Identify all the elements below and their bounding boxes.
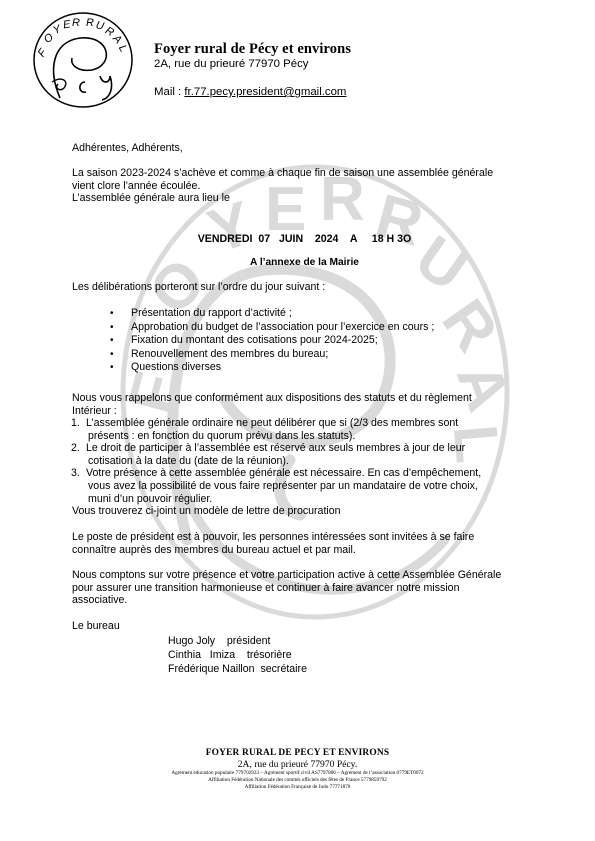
bullet-icon: •	[110, 348, 114, 362]
board-member: Hugo Joly président	[168, 634, 307, 648]
svg-text:Y: Y	[51, 23, 63, 37]
svg-text:R: R	[72, 17, 80, 29]
bullet-icon: •	[110, 321, 114, 335]
svg-text:R: R	[86, 17, 94, 29]
footer-affiliation: Affiliation Fédération Nationale des com…	[0, 777, 595, 784]
agenda-intro: Les délibérations porteront sur l’ordre …	[72, 281, 325, 294]
svg-text:E: E	[62, 18, 72, 31]
organization-address: 2A, rue du prieuré 77970 Pécy	[154, 58, 309, 70]
footer: FOYER RURAL DE PECY ET ENVIRONS 2A, rue …	[0, 748, 595, 791]
intro-line: vient clore l’année écoulée.	[72, 180, 572, 193]
president-notice: Le poste de président est à pouvoir, les…	[72, 531, 562, 556]
footer-address: 2A, rue du prieuré 77970 Pécy.	[0, 759, 595, 770]
footer-affiliation: Affiliation Fédération Française de Judo…	[0, 784, 595, 791]
svg-text:L: L	[116, 43, 129, 54]
agenda-item: •Approbation du budget de l’association …	[110, 321, 434, 335]
signoff: Le bureau	[72, 620, 120, 633]
organization-mail: Mail : fr.77.pecy.president@gmail.com	[154, 86, 346, 98]
intro-paragraph: La saison 2023-2024 s’achève et comme à …	[72, 167, 572, 205]
event-date: VENDREDI 07 JUIN 2024 A 18 H 3O	[0, 233, 595, 245]
board-members: Hugo Joly président Cinthia Imiza trésor…	[168, 634, 307, 676]
board-member: Frédérique Naillon secrétaire	[168, 662, 307, 676]
bullet-icon: •	[110, 307, 114, 321]
rule-item: 2. Le droit de participer à l’assemblée …	[72, 442, 562, 467]
svg-text:U: U	[94, 19, 105, 33]
footer-accreditation: Agrément éducation populaire 779702933 –…	[0, 770, 595, 777]
svg-text:F: F	[36, 46, 50, 59]
agenda-list: •Présentation du rapport d’activité ; •A…	[110, 307, 434, 375]
rules-intro: Nous vous rappelons que conformément aux…	[72, 392, 562, 417]
event-place: A l’annexe de la Mairie	[0, 257, 595, 268]
agenda-item: •Présentation du rapport d’activité ;	[110, 307, 434, 321]
proxy-note: Vous trouverez ci-joint un modèle de let…	[72, 505, 341, 518]
board-member: Cinthia Imiza trésorière	[168, 648, 307, 662]
organization-name: Foyer rural de Pécy et environs	[154, 41, 351, 58]
closing-paragraph: Nous comptons sur votre présence et votr…	[72, 569, 572, 607]
rule-number: 3.	[71, 467, 80, 480]
intro-line: L’assemblée générale aura lieu le	[72, 192, 572, 205]
agenda-item: •Renouvellement des membres du bureau;	[110, 348, 434, 362]
agenda-item: •Questions diverses	[110, 361, 434, 375]
rule-number: 1.	[71, 417, 80, 430]
foyer-rural-logo: F O Y E R R U R A L	[30, 10, 136, 110]
agenda-item: •Fixation du montant des cotisations pou…	[110, 334, 434, 348]
rules-list: 1. L’assemblée générale ordinaire ne peu…	[72, 417, 562, 505]
intro-line: La saison 2023-2024 s’achève et comme à …	[72, 167, 572, 180]
rule-number: 2.	[71, 442, 80, 455]
bullet-icon: •	[110, 361, 114, 375]
mail-link[interactable]: fr.77.pecy.president@gmail.com	[184, 86, 346, 98]
rule-item: 3. Votre présence à cette assemblée géné…	[72, 467, 562, 505]
mail-label: Mail :	[154, 86, 184, 98]
greeting: Adhérentes, Adhérents,	[72, 142, 183, 155]
footer-title: FOYER RURAL DE PECY ET ENVIRONS	[0, 748, 595, 758]
rule-item: 1. L’assemblée générale ordinaire ne peu…	[72, 417, 562, 442]
bullet-icon: •	[110, 334, 114, 348]
